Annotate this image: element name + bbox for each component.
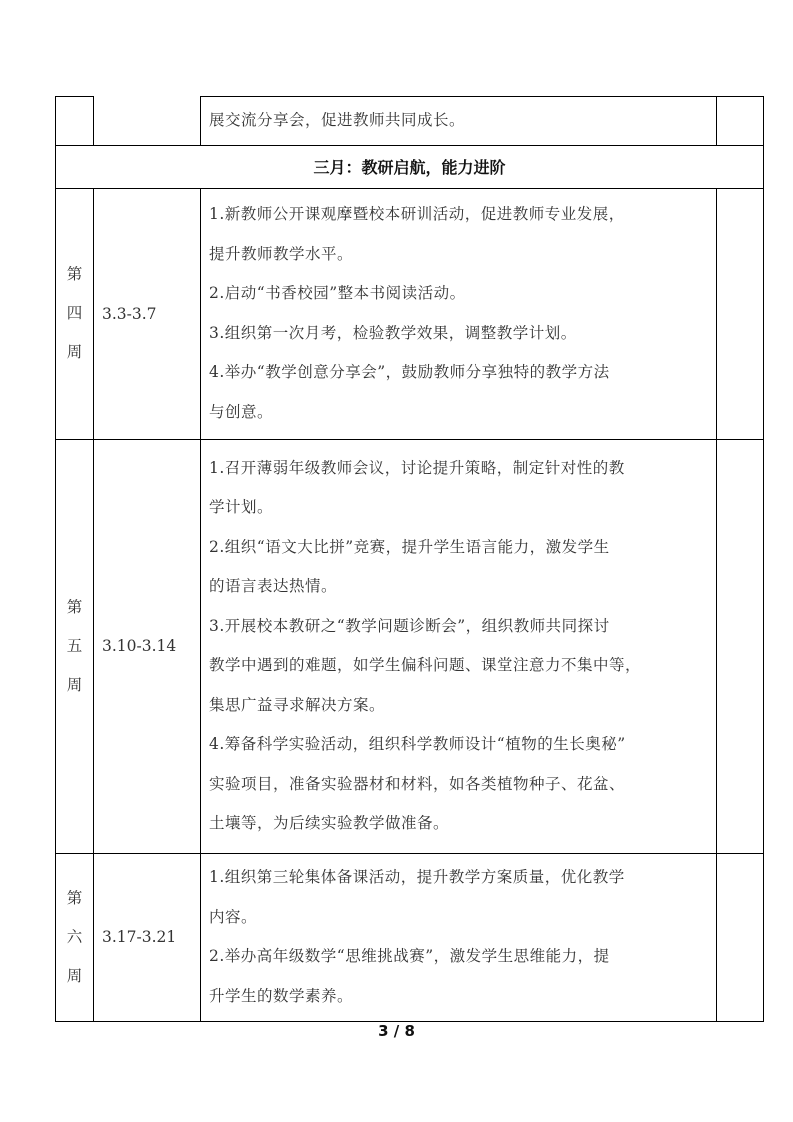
document-page: 展交流分享会，促进教师共同成长。 三月：教研启航，能力进阶 第 四 周 3.3-… — [0, 0, 793, 1122]
week-char: 第 — [56, 588, 93, 627]
month-heading: 三月：教研启航，能力进阶 — [56, 145, 764, 188]
content-line: 2.举办高年级数学“思维挑战赛”，激发学生思维能力，提 — [209, 937, 708, 977]
content-cell: 1.组织第三轮集体备课活动，提升教学方案质量，优化教学 内容。 2.举办高年级数… — [201, 853, 717, 1021]
page-number: 3 / 8 — [0, 1022, 793, 1040]
week-label-cell: 第 六 周 — [56, 853, 94, 1021]
date-cell — [94, 97, 201, 146]
content-line: 教学中遇到的难题，如学生偏科问题、课堂注意力不集中等， — [209, 646, 708, 686]
week-char: 周 — [56, 333, 93, 372]
content-line: 实验项目，准备实验器材和材料，如各类植物种子、花盆、 — [209, 765, 708, 805]
week-label-cell: 第 四 周 — [56, 188, 94, 439]
content-line: 展交流分享会，促进教师共同成长。 — [209, 101, 708, 141]
table-row-week: 第 四 周 3.3-3.7 1.新教师公开课观摩暨校本研训活动，促进教师专业发展… — [56, 188, 764, 439]
content-line: 3.组织第一次月考，检验教学效果，调整教学计划。 — [209, 314, 708, 354]
content-line: 1.召开薄弱年级教师会议，讨论提升策略，制定针对性的教 — [209, 449, 708, 489]
content-cell: 展交流分享会，促进教师共同成长。 — [201, 97, 717, 146]
week-char: 六 — [56, 918, 93, 957]
note-cell — [717, 853, 764, 1021]
week-char: 四 — [56, 294, 93, 333]
date-cell: 3.10-3.14 — [94, 439, 201, 853]
content-line: 与创意。 — [209, 393, 708, 433]
content-line: 4.举办“教学创意分享会”，鼓励教师分享独特的教学方法 — [209, 353, 708, 393]
content-line: 内容。 — [209, 898, 708, 938]
content-line: 提升教师教学水平。 — [209, 235, 708, 275]
week-cell — [56, 97, 94, 146]
content-line: 2.组织“语文大比拼”竞赛，提升学生语言能力，激发学生 — [209, 528, 708, 568]
content-line: 1.组织第三轮集体备课活动，提升教学方案质量，优化教学 — [209, 858, 708, 898]
content-line: 土壤等，为后续实验教学做准备。 — [209, 804, 708, 844]
content-line: 的语言表达热情。 — [209, 567, 708, 607]
table-row-month-heading: 三月：教研启航，能力进阶 — [56, 145, 764, 188]
content-cell: 1.新教师公开课观摩暨校本研训活动，促进教师专业发展， 提升教师教学水平。 2.… — [201, 188, 717, 439]
week-char: 第 — [56, 879, 93, 918]
note-cell — [717, 97, 764, 146]
content-line: 学计划。 — [209, 488, 708, 528]
content-line: 集思广益寻求解决方案。 — [209, 686, 708, 726]
date-cell: 3.17-3.21 — [94, 853, 201, 1021]
content-line: 1.新教师公开课观摩暨校本研训活动，促进教师专业发展， — [209, 195, 708, 235]
table-row-continuation: 展交流分享会，促进教师共同成长。 — [56, 97, 764, 146]
week-label-cell: 第 五 周 — [56, 439, 94, 853]
content-line: 2.启动“书香校园”整本书阅读活动。 — [209, 274, 708, 314]
content-line: 4.筹备科学实验活动，组织科学教师设计“植物的生长奥秘” — [209, 725, 708, 765]
week-char: 五 — [56, 627, 93, 666]
week-char: 第 — [56, 255, 93, 294]
table-row-week: 第 五 周 3.10-3.14 1.召开薄弱年级教师会议，讨论提升策略，制定针对… — [56, 439, 764, 853]
content-cell: 1.召开薄弱年级教师会议，讨论提升策略，制定针对性的教 学计划。 2.组织“语文… — [201, 439, 717, 853]
note-cell — [717, 439, 764, 853]
content-line: 3.开展校本教研之“教学问题诊断会”，组织教师共同探讨 — [209, 607, 708, 647]
table-row-week: 第 六 周 3.17-3.21 1.组织第三轮集体备课活动，提升教学方案质量，优… — [56, 853, 764, 1021]
note-cell — [717, 188, 764, 439]
week-char: 周 — [56, 957, 93, 996]
teaching-plan-table: 展交流分享会，促进教师共同成长。 三月：教研启航，能力进阶 第 四 周 3.3-… — [55, 96, 764, 1022]
content-line: 升学生的数学素养。 — [209, 977, 708, 1017]
date-cell: 3.3-3.7 — [94, 188, 201, 439]
week-char: 周 — [56, 666, 93, 705]
